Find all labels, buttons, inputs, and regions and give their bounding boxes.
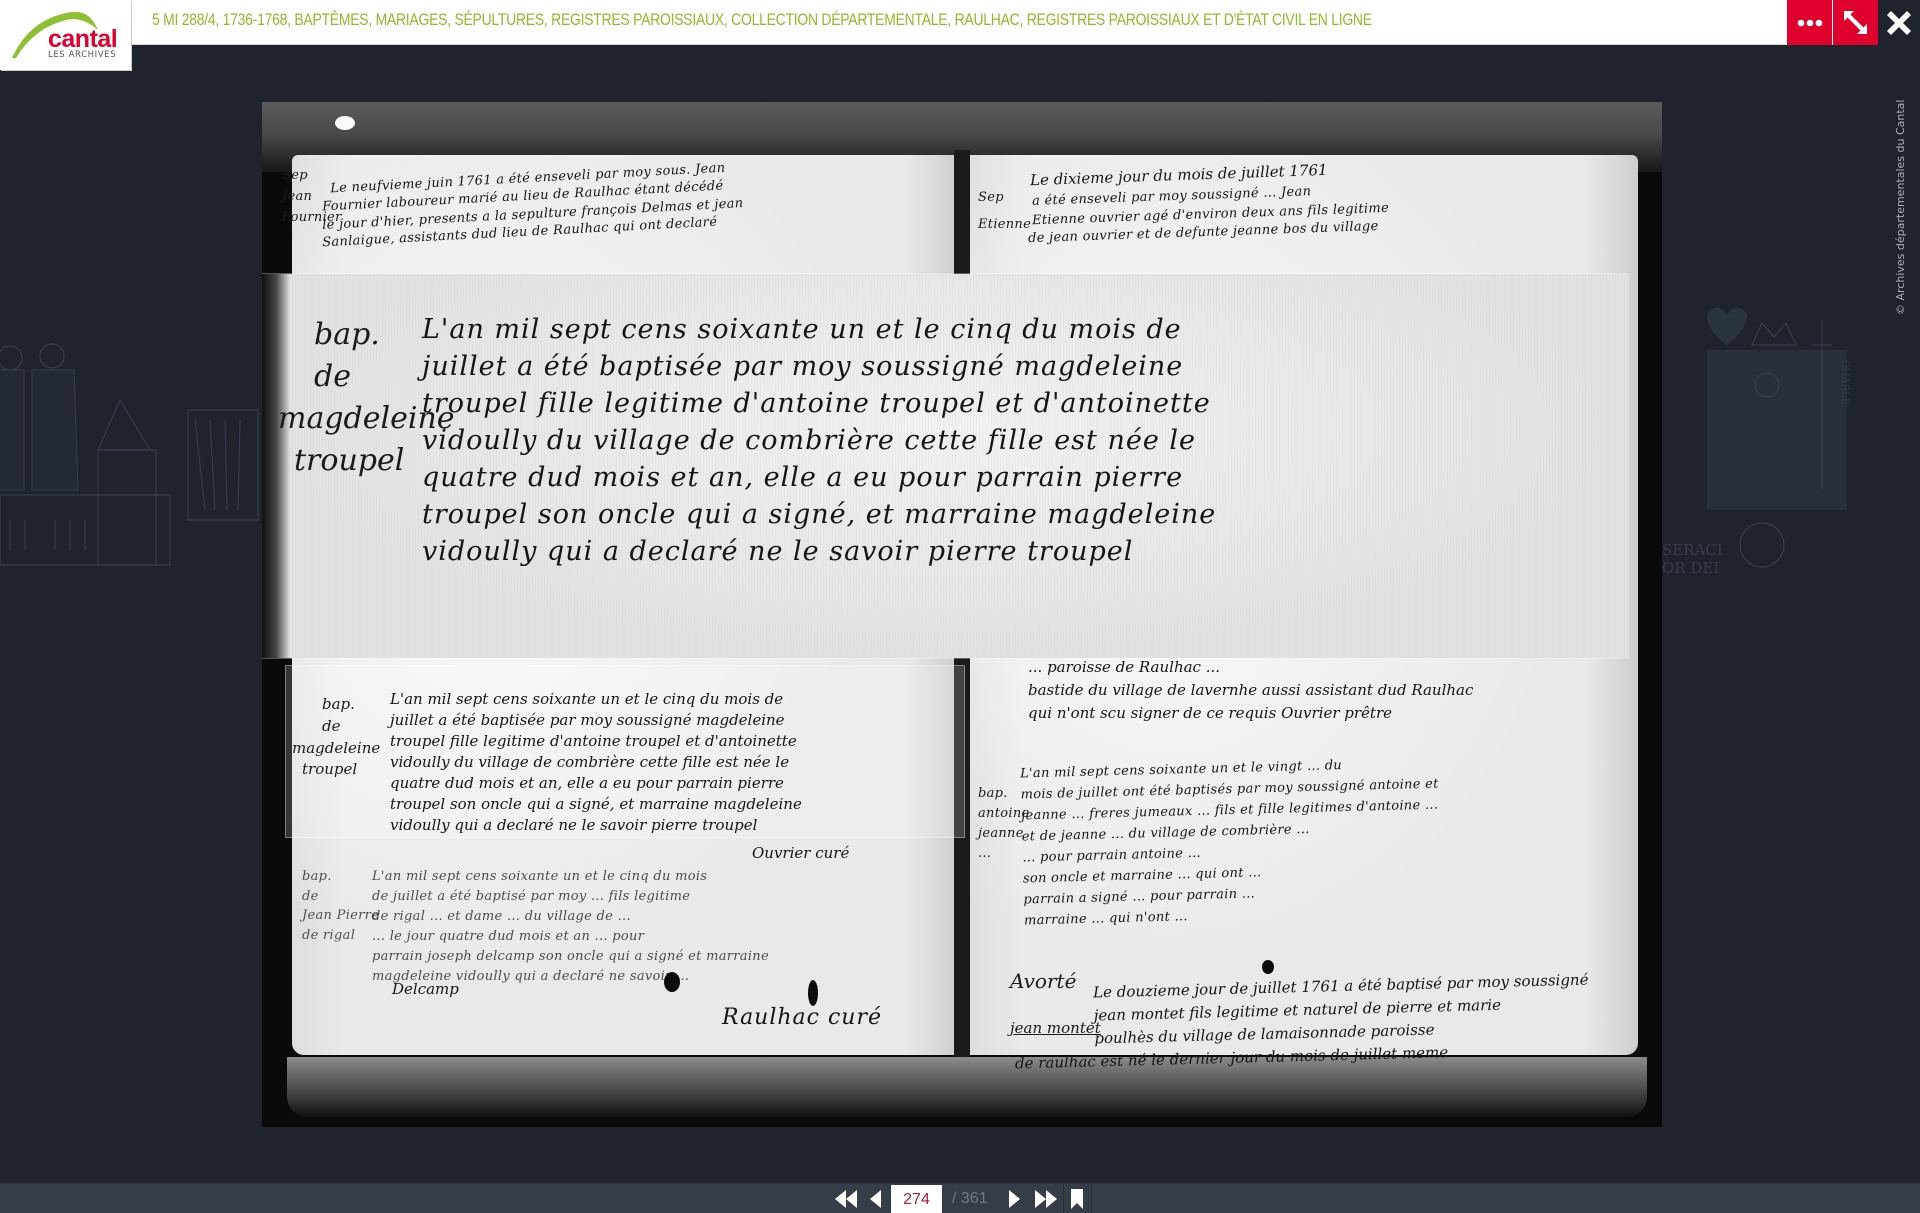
last-page-button[interactable]: [1032, 1184, 1060, 1213]
next-page-button[interactable]: [1003, 1184, 1025, 1213]
ink-blot: [1262, 960, 1274, 974]
previous-page-icon: [870, 1190, 881, 1208]
logo-brand: cantal: [48, 27, 117, 52]
left-mid-margin-small: bap. de magdeleine troupel: [322, 694, 380, 781]
copyright-notice: © Archives départementales du Cantal: [1894, 100, 1907, 315]
left-bottom-margin: bap. de Jean Pierre de rigal: [302, 867, 379, 945]
svg-text:CHARLE.: CHARLE.: [1839, 360, 1850, 408]
ink-blot: [808, 980, 818, 1006]
next-page-icon: [1009, 1190, 1020, 1208]
right-mid-entry: ... paroisse de Raulhac ... bastide du v…: [1028, 660, 1473, 721]
signature-ouvrier: Ouvrier curé: [752, 846, 849, 861]
background-engraving-left: [0, 340, 262, 590]
more-options-button[interactable]: [1787, 0, 1832, 45]
left-bottom-entry: L'an mil sept cens soixante un et le cin…: [372, 870, 769, 983]
signature-raulhac: Raulhac curé: [722, 1007, 882, 1029]
background-engraving-right: SERACI OR DEI CHARLE.: [1662, 290, 1862, 590]
document-title: 5 MI 288/4, 1736-1768, BAPTÊMES, MARIAGE…: [152, 10, 1372, 30]
bookmark-button[interactable]: [1066, 1184, 1088, 1213]
svg-text:SERACI: SERACI: [1662, 541, 1723, 559]
close-icon: [1887, 11, 1911, 35]
bookmark-icon: [1071, 1189, 1083, 1209]
ink-blot: [664, 972, 680, 992]
page-navigation-bar: / 361: [0, 1183, 1920, 1213]
more-options-icon: [1797, 19, 1823, 27]
first-page-button[interactable]: [832, 1184, 860, 1213]
nav-divider: [1063, 1184, 1064, 1213]
fullscreen-icon: [1842, 9, 1870, 37]
magnifier-page-edge: [262, 274, 290, 658]
total-pages: / 361: [952, 1190, 988, 1208]
first-page-icon: [835, 1190, 857, 1208]
logo-subtitle: LES ARCHIVES: [48, 51, 116, 60]
magnifier-overlay[interactable]: bap. de magdeleine troupel L'an mil sept…: [262, 274, 1628, 658]
header-bar: 5 MI 288/4, 1736-1768, BAPTÊMES, MARIAGE…: [0, 0, 1920, 45]
signature-delcamp: Delcamp: [392, 982, 459, 997]
current-page-input[interactable]: [891, 1185, 942, 1213]
previous-page-button[interactable]: [864, 1184, 886, 1213]
right-final-entry: Le douzieme jour de juillet 1761 a été b…: [1013, 972, 1590, 1071]
scan-highlight-spot: [335, 116, 355, 130]
fullscreen-button[interactable]: [1833, 0, 1878, 45]
right-top-margin: Sep Etienne: [978, 174, 1031, 232]
close-button[interactable]: [1878, 0, 1920, 45]
document-scan-viewer[interactable]: Sep Jean Fournier Le neufvieme juin 1761…: [262, 102, 1662, 1127]
right-lower-entry: L'an mil sept cens soixante un et le vin…: [1020, 757, 1442, 928]
left-mid-entry-small: L'an mil sept cens soixante un et le cin…: [390, 692, 802, 833]
magnified-entry: L'an mil sept cens soixante un et le cin…: [422, 316, 1216, 565]
page-bottom-edge: [287, 1057, 1647, 1117]
cantal-archives-logo[interactable]: cantal LES ARCHIVES: [0, 0, 131, 70]
last-page-icon: [1035, 1190, 1057, 1208]
nav-divider: [1091, 1184, 1092, 1213]
svg-text:OR DEI: OR DEI: [1662, 559, 1719, 577]
